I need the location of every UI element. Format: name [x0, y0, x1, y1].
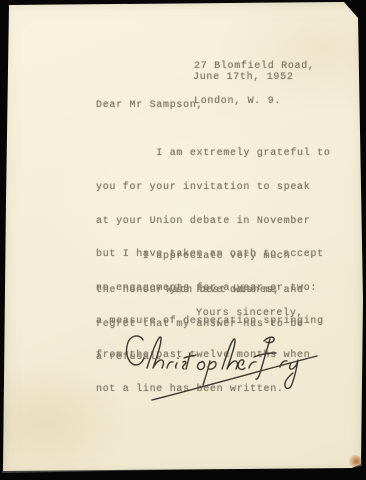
body-line: I appreciate very much	[96, 251, 304, 262]
letter-date: June 17th, 1952	[193, 72, 294, 83]
salutation: Dear Mr Sampson,	[96, 100, 203, 111]
handwritten-signature	[116, 327, 328, 409]
letter-photo: 27 Blomfield Road, London, W. 9. June 17…	[0, 0, 366, 480]
address-line: London, W. 9.	[194, 96, 315, 108]
sender-address: 27 Blomfield Road, London, W. 9.	[194, 38, 315, 131]
body-line: at your Union debate in November	[96, 216, 331, 227]
body-line: I am extremely grateful to	[96, 148, 331, 159]
body-line: you for your invitation to speak	[96, 182, 331, 193]
closing-sincerely: Yours sincerely,	[196, 308, 303, 319]
closing-wishes: With best wishes,	[166, 285, 280, 296]
